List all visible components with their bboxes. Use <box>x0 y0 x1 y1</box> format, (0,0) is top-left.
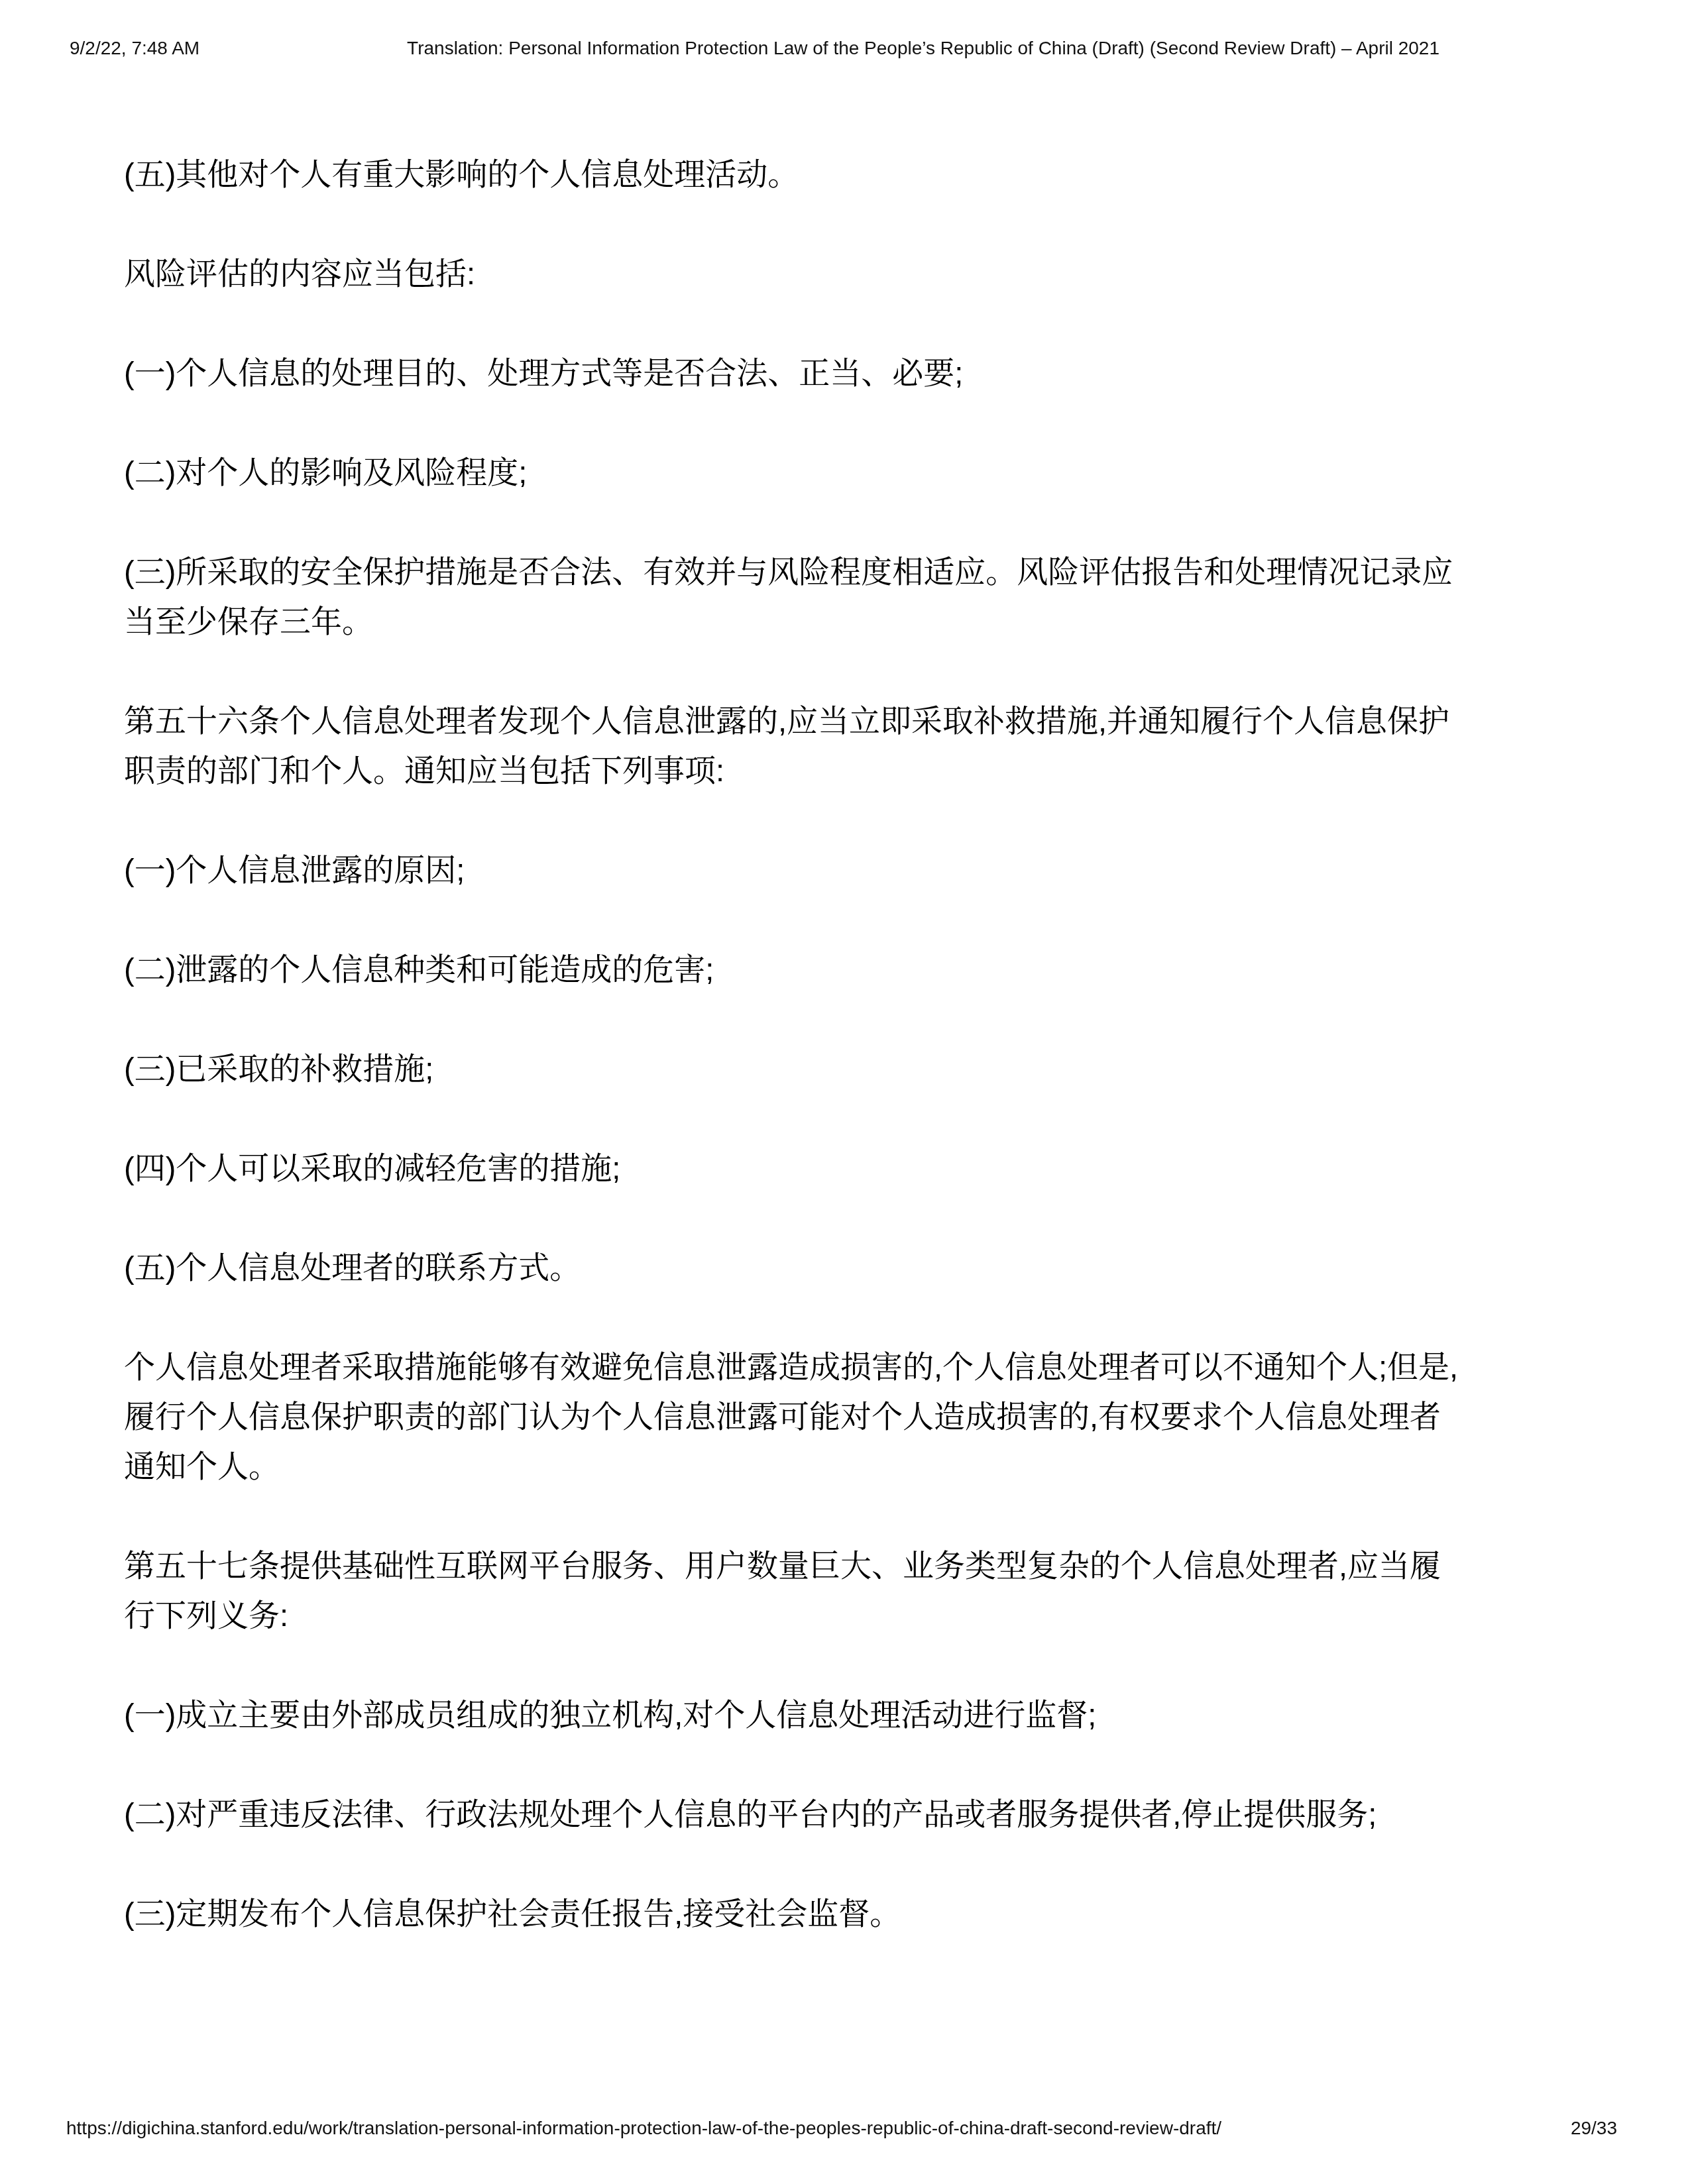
document-title: Translation: Personal Information Protec… <box>199 37 1620 60</box>
paragraph: (一)个人信息的处理目的、处理方式等是否合法、正当、必要; <box>124 348 1582 398</box>
paragraph: (二)泄露的个人信息种类和可能造成的危害; <box>124 944 1582 994</box>
paragraph: (三)已采取的补救措施; <box>124 1044 1582 1093</box>
paragraph: (三)所采取的安全保护措施是否合法、有效并与风险程度相适应。风险评估报告和处理情… <box>124 547 1582 646</box>
source-url: https://digichina.stanford.edu/work/tran… <box>66 2117 1531 2140</box>
paragraph: 风险评估的内容应当包括: <box>124 248 1582 298</box>
page-number: 29/33 <box>1531 2117 1617 2140</box>
paragraph: 个人信息处理者采取措施能够有效避免信息泄露造成损害的,个人信息处理者可以不通知个… <box>124 1342 1582 1491</box>
paragraph: (二)对个人的影响及风险程度; <box>124 447 1582 497</box>
paragraph: (五)个人信息处理者的联系方式。 <box>124 1242 1582 1292</box>
paragraph: (三)定期发布个人信息保护社会责任报告,接受社会监督。 <box>124 1888 1582 1938</box>
print-header: 9/2/22, 7:48 AM Translation: Personal In… <box>70 37 1620 60</box>
printed-page: 9/2/22, 7:48 AM Translation: Personal In… <box>0 0 1690 2184</box>
print-footer: https://digichina.stanford.edu/work/tran… <box>66 2117 1617 2140</box>
paragraph: 第五十六条个人信息处理者发现个人信息泄露的,应当立即采取补救措施,并通知履行个人… <box>124 696 1582 795</box>
print-timestamp: 9/2/22, 7:48 AM <box>70 37 199 60</box>
paragraph: (二)对严重违反法律、行政法规处理个人信息的平台内的产品或者服务提供者,停止提供… <box>124 1789 1582 1839</box>
paragraph: (一)成立主要由外部成员组成的独立机构,对个人信息处理活动进行监督; <box>124 1690 1582 1739</box>
paragraph: (五)其他对个人有重大影响的个人信息处理活动。 <box>124 149 1582 199</box>
paragraph: 第五十七条提供基础性互联网平台服务、用户数量巨大、业务类型复杂的个人信息处理者,… <box>124 1541 1582 1640</box>
document-body: (五)其他对个人有重大影响的个人信息处理活动。 风险评估的内容应当包括: (一)… <box>124 149 1582 1988</box>
paragraph: (四)个人可以采取的减轻危害的措施; <box>124 1143 1582 1193</box>
paragraph: (一)个人信息泄露的原因; <box>124 845 1582 895</box>
